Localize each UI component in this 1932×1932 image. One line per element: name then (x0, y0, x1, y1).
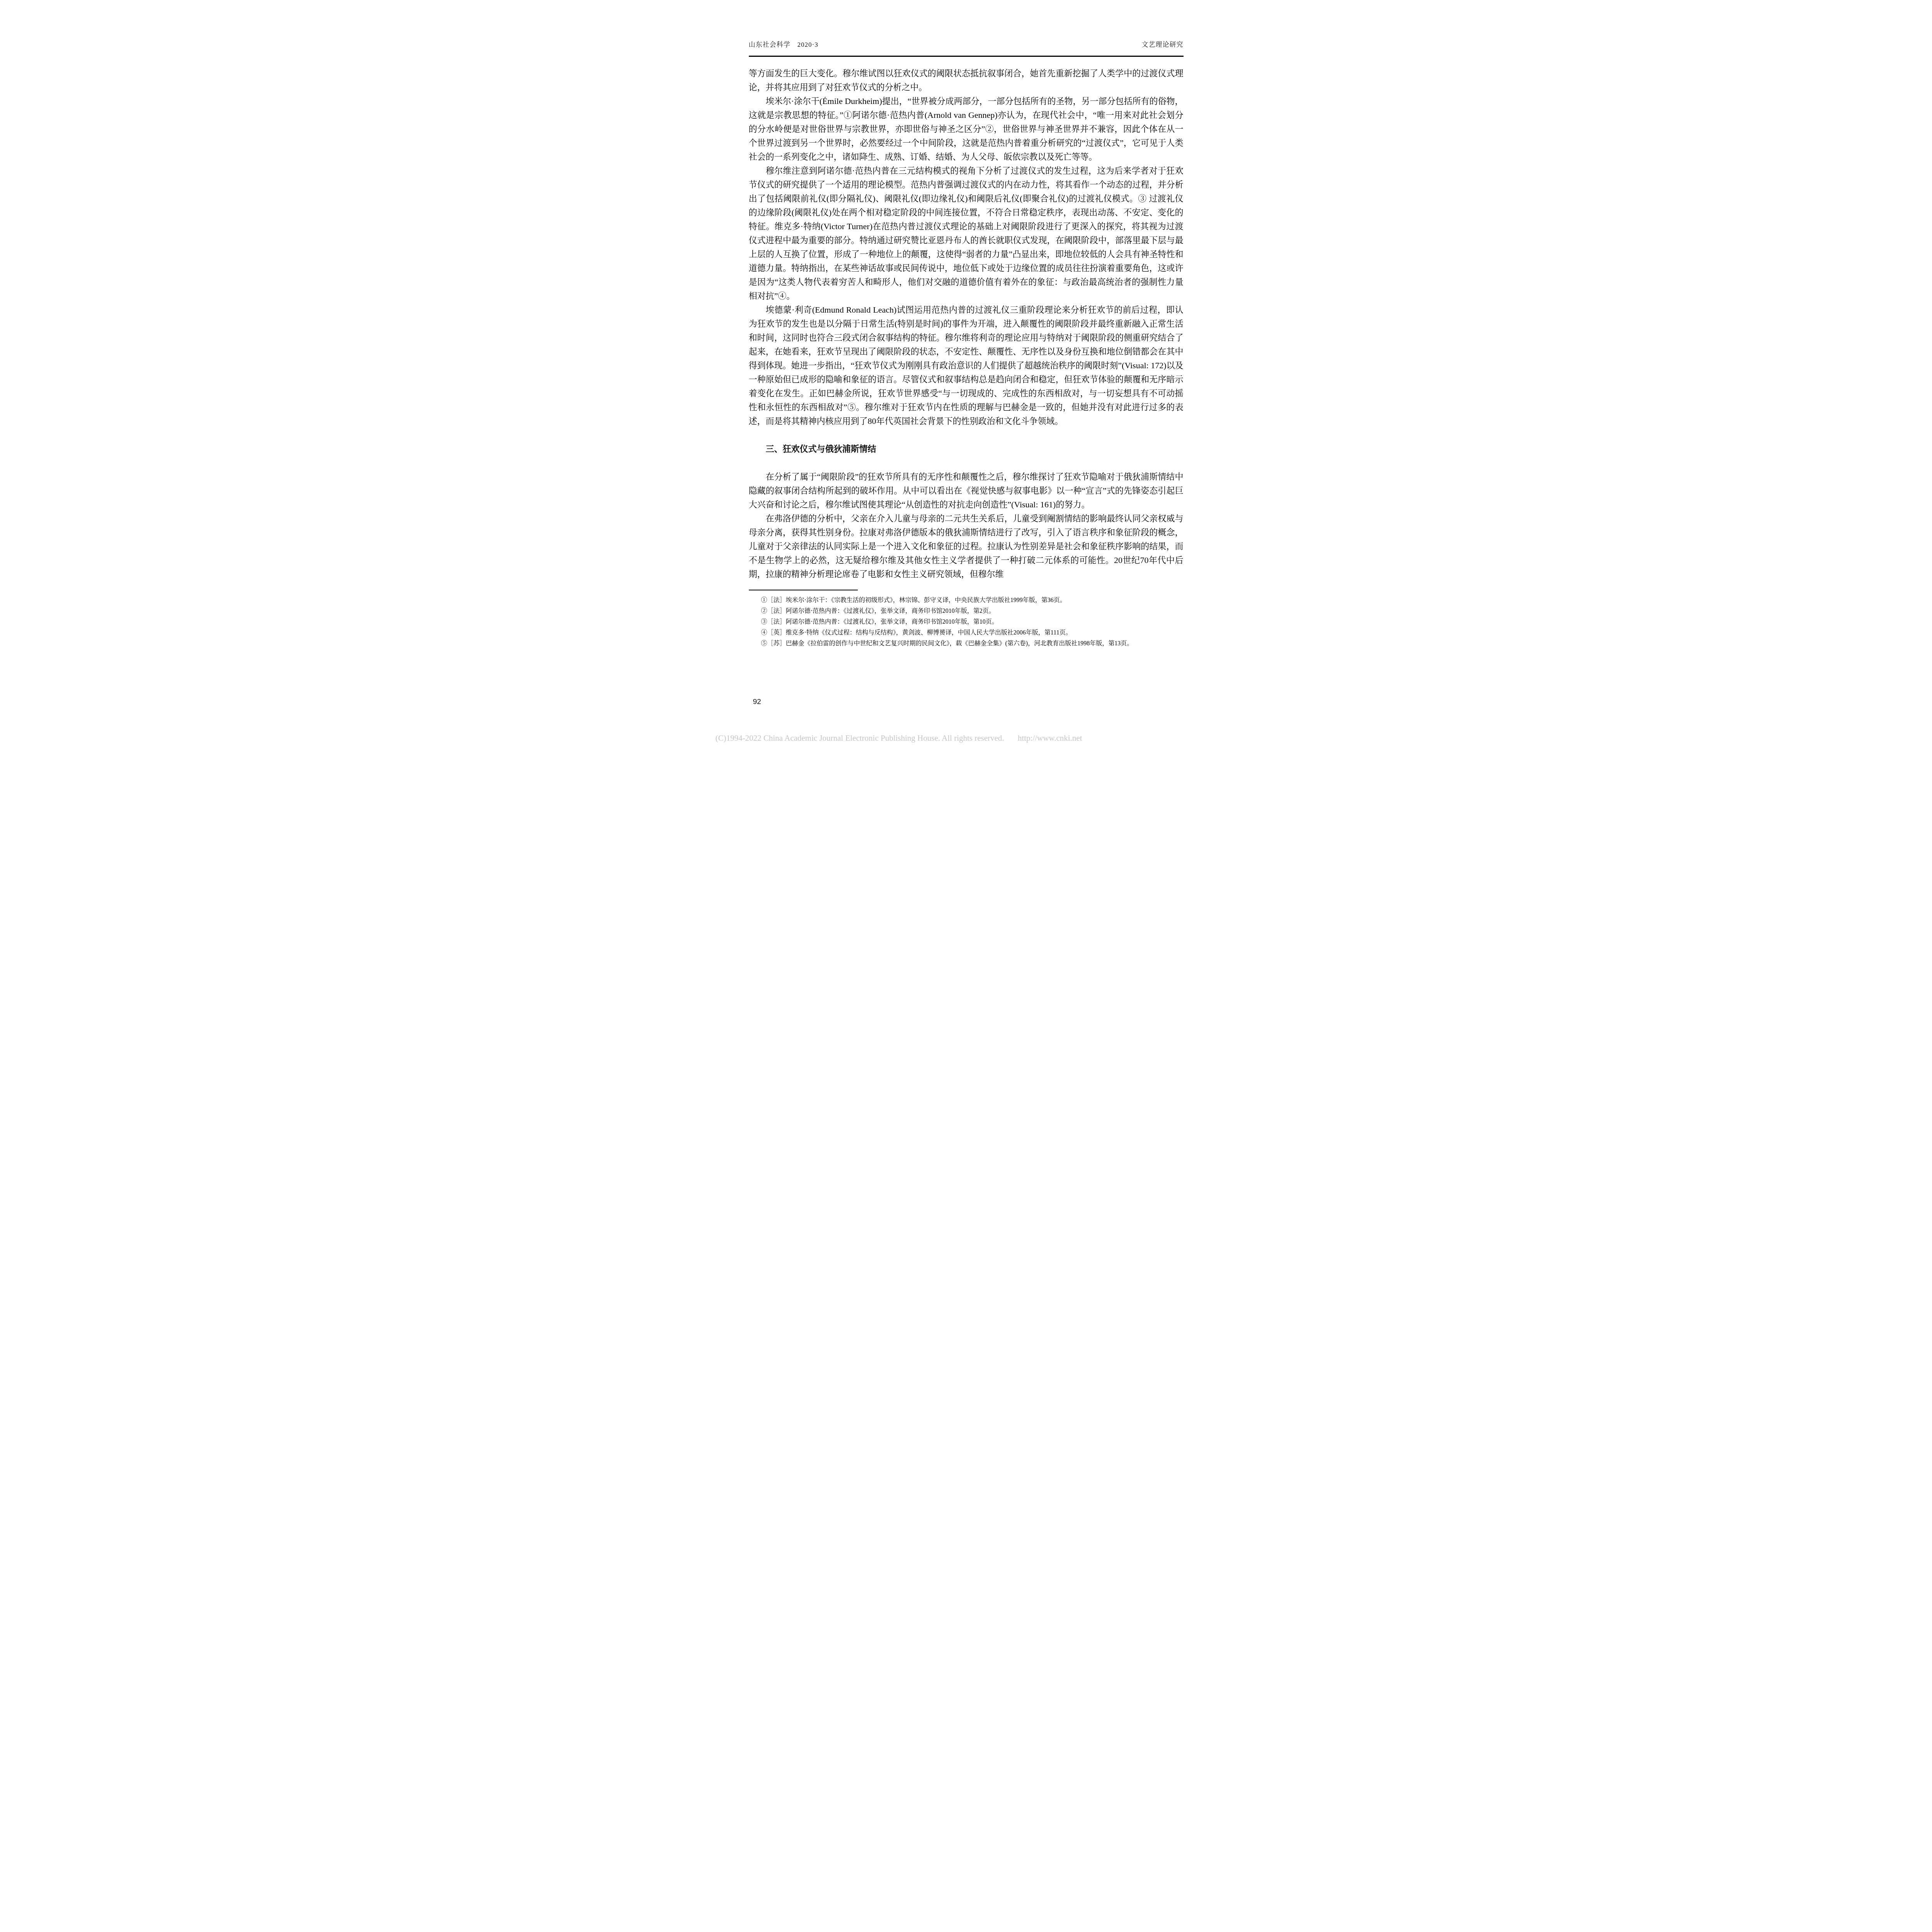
body-paragraph: 在弗洛伊德的分析中，父亲在介入儿童与母亲的二元共生关系后，儿童受到阉割情结的影响… (749, 512, 1184, 581)
footnote-item: ④［英］维克多·特纳《仪式过程：结构与反结构》，黄剑波、柳博赟译，中国人民大学出… (749, 628, 1184, 638)
journal-page: 山东社会科学 2020·3 文艺理论研究 等方面发生的巨大变化。穆尔维试图以狂欢… (698, 0, 1235, 759)
body-paragraph: 埃米尔·涂尔干(Émile Durkheim)提出，“世界被分成两部分，一部分包… (749, 94, 1184, 164)
page-number: 92 (753, 698, 761, 706)
page-header: 山东社会科学 2020·3 文艺理论研究 (749, 39, 1184, 49)
footnote-separator (749, 590, 858, 590)
watermark-url: http://www.cnki.net (1018, 733, 1082, 743)
footnote-item: ③［法］阿诺尔德·范热内普：《过渡礼仪》，张举文译，商务印书馆2010年版，第1… (749, 617, 1184, 628)
body-paragraph: 等方面发生的巨大变化。穆尔维试图以狂欢仪式的阈限状态抵抗叙事闭合，她首先重新挖掘… (749, 66, 1184, 94)
body-paragraph: 在分析了属于“阈限阶段”的狂欢节所具有的无序性和颠覆性之后，穆尔维探讨了狂欢节隐… (749, 470, 1184, 512)
footnote-item: ①［法］埃米尔·涂尔干：《宗教生活的初级形式》，林宗锦、彭守义译，中央民族大学出… (749, 595, 1184, 606)
footnote-item: ②［法］阿诺尔德·范热内普：《过渡礼仪》，张举文译，商务印书馆2010年版，第2… (749, 606, 1184, 617)
article-body: 等方面发生的巨大变化。穆尔维试图以狂欢仪式的阈限状态抵抗叙事闭合，她首先重新挖掘… (749, 66, 1184, 649)
section-heading: 三、狂欢仪式与俄狄浦斯情结 (749, 442, 1184, 456)
footnote-item: ⑤［苏］巴赫金《拉伯雷的创作与中世纪和文艺复兴时期的民间文化》，载《巴赫金全集》… (749, 638, 1184, 649)
body-paragraph: 穆尔维注意到阿诺尔德·范热内普在三元结构模式的视角下分析了过渡仪式的发生过程，这… (749, 164, 1184, 303)
watermark-copyright: (C)1994-2022 China Academic Journal Elec… (716, 733, 1004, 743)
journal-title: 山东社会科学 2020·3 (749, 39, 818, 49)
column-section-title: 文艺理论研究 (1142, 39, 1184, 49)
body-paragraph: 埃德蒙·利奇(Edmund Ronald Leach)试图运用范热内普的过渡礼仪… (749, 303, 1184, 428)
footnotes-block: ①［法］埃米尔·涂尔干：《宗教生活的初级形式》，林宗锦、彭守义译，中央民族大学出… (749, 595, 1184, 649)
header-rule (749, 56, 1184, 57)
cnki-watermark: (C)1994-2022 China Academic Journal Elec… (716, 733, 1082, 743)
